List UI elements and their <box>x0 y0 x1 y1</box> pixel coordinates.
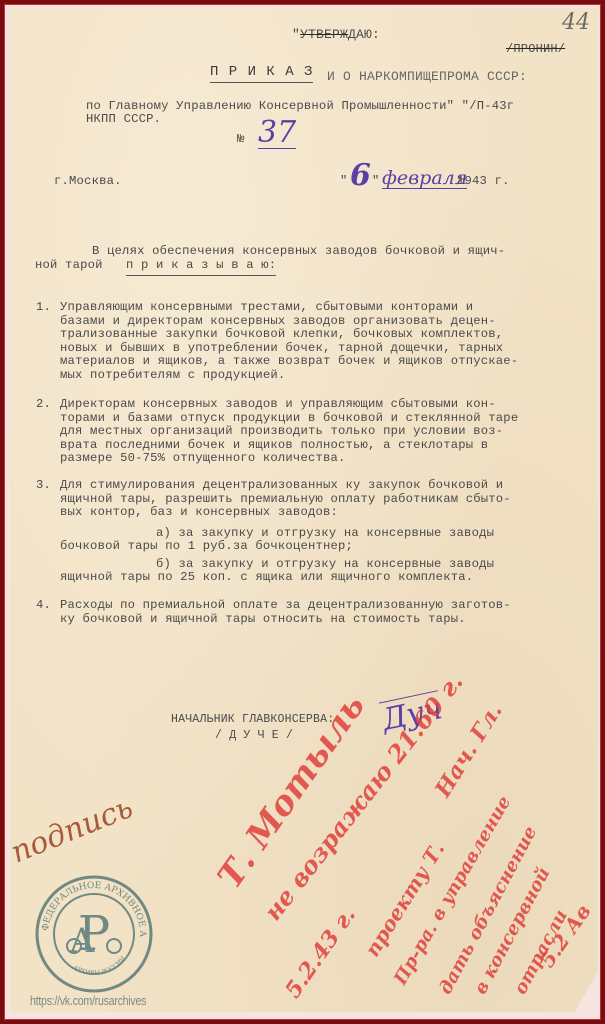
item-number: 3. <box>36 479 51 493</box>
red-resolution: Т. Мотыль не возражаю 21.60 г. 5.2.43 г.… <box>180 698 600 1008</box>
struck-name: /ПРОНИН/ <box>506 43 565 57</box>
date-open-quote: " <box>340 175 348 189</box>
item-line: размере 50-75% отпущенного количества. <box>60 452 346 466</box>
date-year: 1943 г. <box>457 175 510 189</box>
subitem-b-line-2: ящичной тары по 25 коп. с ящика или ящич… <box>60 571 473 585</box>
item-line: трализованные закупки бочковой клепки, б… <box>60 328 503 342</box>
item-number: 2. <box>36 398 51 412</box>
place: г.Москва. <box>54 175 122 189</box>
item-line: новых и бывших в употреблении бочек, тар… <box>60 342 503 356</box>
item-line: торами и базами отпуск продукции в бочко… <box>60 412 518 426</box>
brown-pencil-note: подпись <box>6 790 138 870</box>
order-command: п р и к а з ы в а ю: <box>126 259 276 276</box>
date-close-quote: " <box>372 175 380 189</box>
item-line: ку бочковой и ящичной тары относить на с… <box>60 613 466 627</box>
item-number: 1. <box>36 301 51 315</box>
approval-header: "УТВЕРЖДАЮ: <box>292 28 380 42</box>
item-line: материалов и ящиков, а также возврат боч… <box>60 355 518 369</box>
date-month: февраля <box>382 168 467 189</box>
resolution-line: 5.2.43 г. <box>280 903 361 1003</box>
archive-link[interactable]: https://vk.com/rusarchives <box>30 994 146 1008</box>
document-title: П Р И К А З <box>210 66 313 83</box>
item-line: Расходы по премиальной оплате за децентр… <box>60 599 511 613</box>
item-line: мых потребителям с продукцией. <box>60 369 285 383</box>
subitem-a-line-2: бочковой тары по 1 руб.за бочкоцентнер; <box>60 540 353 554</box>
preamble-line-1: В целях обеспечения консервных заводов б… <box>92 245 505 259</box>
item-line: вых контор, баз и консервных заводов: <box>60 506 338 520</box>
archive-stamp-icon: ФЕДЕРАЛЬНОЕ АРХИВНОЕ АГЕНТСТВО АРХИВЫ РО… <box>34 874 154 994</box>
folio-number: 44 <box>562 10 590 35</box>
order-number: 37 <box>258 118 296 149</box>
document-title-suffix: И О НАРКОМПИЩЕПРОМА СССР: <box>327 70 527 84</box>
preamble-line-2-prefix: ной тарой <box>35 259 103 273</box>
item-line: базами и директорам консервных заводов о… <box>60 315 496 329</box>
date-day: 6 <box>350 158 371 193</box>
item-line: Для стимулирования децентрализованных ку… <box>60 479 503 493</box>
item-number: 4. <box>36 599 51 613</box>
order-number-label: № <box>237 133 245 147</box>
item-line: врата последними бочек и ящиков полность… <box>60 439 488 453</box>
svg-text:А: А <box>69 921 95 961</box>
item-line: Управляющим консервными трестами, сбытов… <box>60 301 473 315</box>
subtitle-line-2: НКПП СССР. <box>86 113 161 127</box>
item-line: ящичной тары, разрешить премиальную опла… <box>60 493 511 507</box>
struck-approval-word: УТВЕРЖ <box>300 27 348 42</box>
document-page: 44 "УТВЕРЖДАЮ: /ПРОНИН/ П Р И К А З И О … <box>10 8 598 1012</box>
item-line: Директорам консервных заводов и управляю… <box>60 398 496 412</box>
item-line: для местных организаций производить толь… <box>60 425 503 439</box>
archive-stamp: ФЕДЕРАЛЬНОЕ АРХИВНОЕ АГЕНТСТВО АРХИВЫ РО… <box>34 874 154 994</box>
